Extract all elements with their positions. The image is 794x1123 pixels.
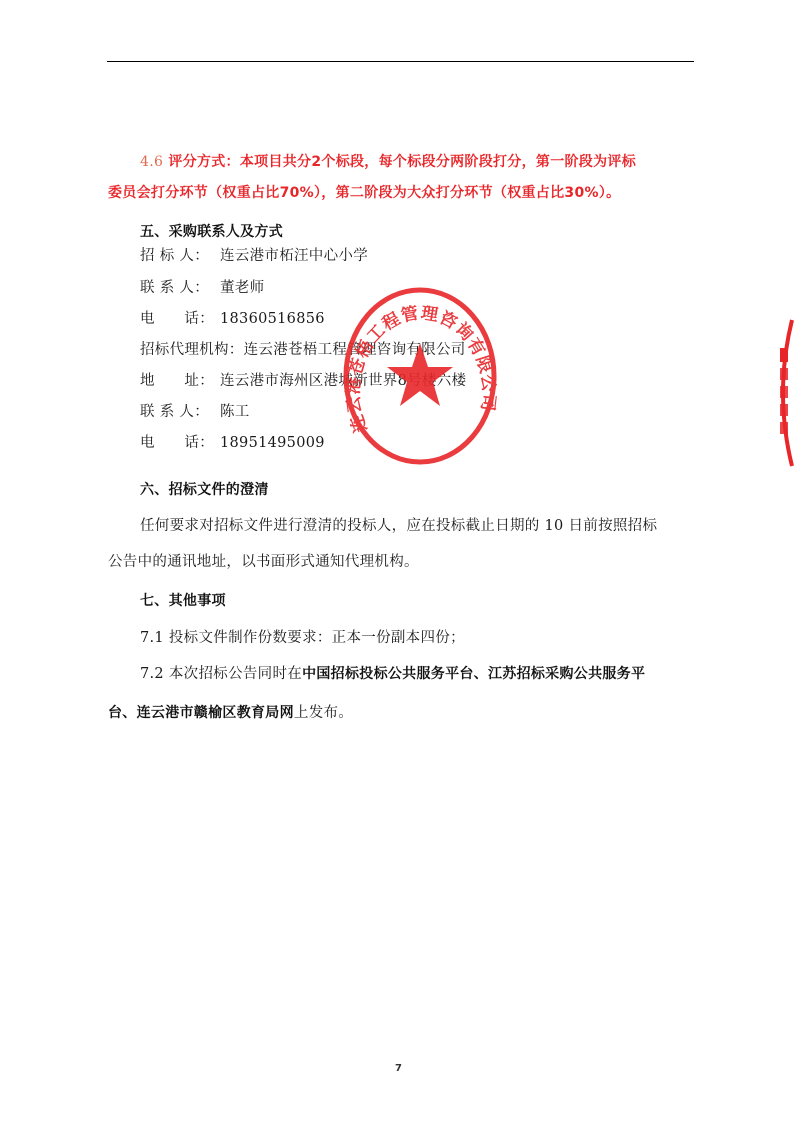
section-7-2-line2: 台、连云港市赣榆区教育局网上发布。 — [108, 703, 353, 723]
section-6-line2: 公告中的通讯地址，以书面形式通知代理机构。 — [108, 552, 419, 572]
page-number: 7 — [395, 1063, 402, 1074]
section-6-heading: 六、招标文件的澄清 — [140, 480, 269, 500]
contact-value: 连云港苍梧工程管理咨询有限公司 — [244, 342, 466, 358]
contact-row-phone: 电 话：18360516856 — [140, 309, 325, 329]
section-7-1: 7.1 投标文件制作份数要求：正本一份副本四份； — [140, 628, 465, 648]
straddle-seal-fragment — [770, 318, 794, 468]
contact-value: 连云港市柘汪中心小学 — [220, 248, 368, 264]
contact-value: 18951495009 — [220, 435, 325, 451]
contact-value: 董老师 — [220, 280, 264, 296]
section-7-2-platforms: 中国招标投标公共服务平台、江苏招标采购公共服务平 — [302, 666, 645, 682]
contact-label: 招标代理机构： — [140, 340, 244, 360]
section-7-2-suffix: 上发布。 — [294, 705, 353, 721]
section-5-heading: 五、采购联系人及方式 — [140, 222, 283, 242]
section-4-6-line1: 4.6 评分方式：本项目共分2个标段，每个标段分两阶段打分，第一阶段为评标 — [140, 152, 636, 172]
section-7-heading: 七、其他事项 — [140, 591, 226, 611]
contact-row-address: 地 址：连云港市海州区港城新世界8号楼六楼 — [140, 371, 466, 391]
contact-label: 地 址： — [140, 371, 220, 391]
section-6-line1: 任何要求对招标文件进行澄清的投标人，应在投标截止日期的 10 日前按照招标 — [140, 516, 657, 536]
seal-text: 连云港苍梧工程管理咨询有限公司 — [344, 302, 499, 435]
contact-row-agency: 招标代理机构：连云港苍梧工程管理咨询有限公司 — [140, 340, 466, 360]
contact-row-agency-contact: 联 系 人：陈工 — [140, 402, 250, 422]
section-7-2-platforms-cont: 台、连云港市赣榆区教育局网 — [108, 705, 294, 721]
contact-label: 联 系 人： — [140, 278, 220, 298]
contact-value: 陈工 — [220, 404, 250, 420]
section-7-2-line1: 7.2 本次招标公告同时在中国招标投标公共服务平台、江苏招标采购公共服务平 — [140, 664, 645, 684]
contact-row-agency-phone: 电 话：18951495009 — [140, 433, 325, 453]
contact-label: 招 标 人： — [140, 246, 220, 266]
section-7-2-prefix: 7.2 本次招标公告同时在 — [140, 666, 302, 682]
contact-row-contact: 联 系 人：董老师 — [140, 278, 264, 298]
contact-label: 电 话： — [140, 433, 220, 453]
section-4-6-text1: 评分方式：本项目共分2个标段，每个标段分两阶段打分，第一阶段为评标 — [168, 154, 636, 170]
svg-text:连云港苍梧工程管理咨询有限公司: 连云港苍梧工程管理咨询有限公司 — [344, 302, 499, 435]
contact-label: 电 话： — [140, 309, 220, 329]
contact-value: 18360516856 — [220, 311, 325, 327]
contact-label: 联 系 人： — [140, 402, 220, 422]
contact-row-bidder: 招 标 人：连云港市柘汪中心小学 — [140, 246, 368, 266]
contact-value: 连云港市海州区港城新世界8号楼六楼 — [220, 373, 466, 389]
section-4-6-line2: 委员会打分环节（权重占比70%），第二阶段为大众打分环节（权重占比30%）。 — [108, 183, 620, 203]
header-rule — [107, 61, 694, 62]
section-4-6-number: 4.6 — [140, 154, 163, 170]
